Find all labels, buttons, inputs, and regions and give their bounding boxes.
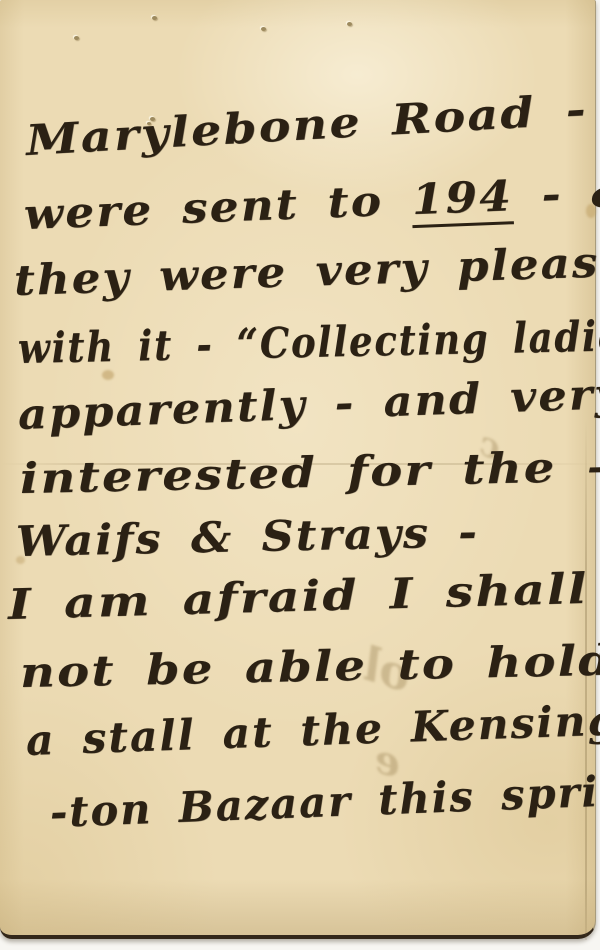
handwritten-line: I am afraid I shall [7, 564, 589, 629]
handwritten-line: -ton Bazaar this spring [49, 764, 600, 836]
line-text: were sent to [23, 175, 413, 239]
letter-paper: ol e c Marylebone Road - by were sent to… [0, 0, 596, 939]
handwritten-line: not be able to hold [19, 636, 600, 697]
handwritten-line: interested for the — [19, 441, 600, 503]
handwritten-line: a stall at the Kensing- [25, 695, 600, 765]
ink-stain [102, 370, 114, 380]
letter-scan: ol e c Marylebone Road - by were sent to… [0, 0, 600, 950]
handwritten-line: were sent to 194 - & [23, 167, 600, 239]
pinhole-mark [152, 16, 157, 20]
pinhole-mark [261, 27, 266, 31]
pinhole-mark [347, 22, 352, 26]
handwritten-line: they were very pleased [13, 236, 600, 305]
handwritten-line: Marylebone Road - by [25, 79, 600, 165]
line-text: - & [512, 167, 600, 221]
pinhole-mark [74, 36, 79, 40]
handwritten-line: Waifs & Strays - [15, 507, 479, 566]
underlined-number: 194 [411, 171, 514, 228]
handwritten-line: with it - “Collecting ladies” [17, 310, 600, 373]
